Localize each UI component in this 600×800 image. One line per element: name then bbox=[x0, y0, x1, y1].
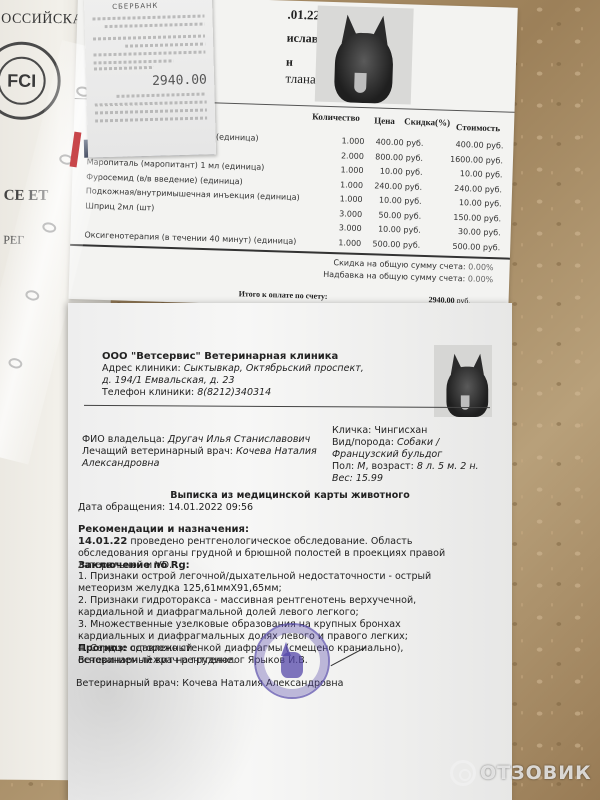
otzovik-logo-icon bbox=[450, 760, 476, 786]
column-price: Цена bbox=[374, 115, 395, 126]
invoice-pet: н bbox=[286, 55, 293, 70]
invoice-markup: Надбавка на общую сумму счета: 0.00% bbox=[323, 270, 493, 284]
clinic-address: Адрес клиники: Сыктывкар, Октябрьский пр… bbox=[102, 363, 372, 387]
invoice-total-label: Итого к оплате по счету: bbox=[239, 289, 328, 301]
extract-title: Выписка из медицинской карты животного bbox=[68, 490, 512, 502]
clinic-phone: Телефон клиники: 8(8212)340314 bbox=[102, 387, 271, 399]
pet-info: Кличка: Чингисхан Вид/порода: Собаки / Ф… bbox=[332, 425, 502, 485]
otzovik-watermark: ОТЗОВИК bbox=[450, 760, 592, 786]
prognosis: Прогноз: осторожный bbox=[78, 643, 192, 655]
column-quantity: Количество bbox=[312, 111, 360, 122]
column-discount: Скидка(%) bbox=[404, 116, 450, 127]
conclusion-item: 2. Признаки гидроторакса - массивная рен… bbox=[78, 595, 458, 619]
receipt-bank-name: СБЕРБАНК bbox=[112, 2, 158, 11]
sberbank-receipt: СБЕРБАНК 2940.00 bbox=[84, 0, 216, 158]
clinic-name: ООО "Ветсервис" Ветеринарная клиника bbox=[102, 351, 338, 363]
recommendations-heading: Рекомендации и назначения: bbox=[78, 524, 249, 536]
divider bbox=[84, 405, 490, 408]
visit-date: Дата обращения: 14.01.2022 09:56 bbox=[78, 502, 253, 514]
receipt-amount: 2940.00 bbox=[152, 73, 207, 89]
watermark-text: ОТЗОВИК bbox=[480, 762, 592, 784]
dog-portrait-icon bbox=[328, 14, 401, 104]
column-cost: Стоимость bbox=[456, 122, 500, 133]
medical-extract-sheet: ООО "Ветсервис" Ветеринарная клиника Адр… bbox=[68, 303, 512, 800]
owner-info: ФИО владельца: Другач Илья Станиславович… bbox=[82, 434, 342, 470]
conclusion-item: 1. Признаки острой легочной/дыхательной … bbox=[78, 571, 458, 595]
fci-logo-text: FCI bbox=[0, 57, 46, 105]
clinic-stamp-icon bbox=[254, 623, 330, 699]
dog-photo bbox=[315, 6, 414, 105]
